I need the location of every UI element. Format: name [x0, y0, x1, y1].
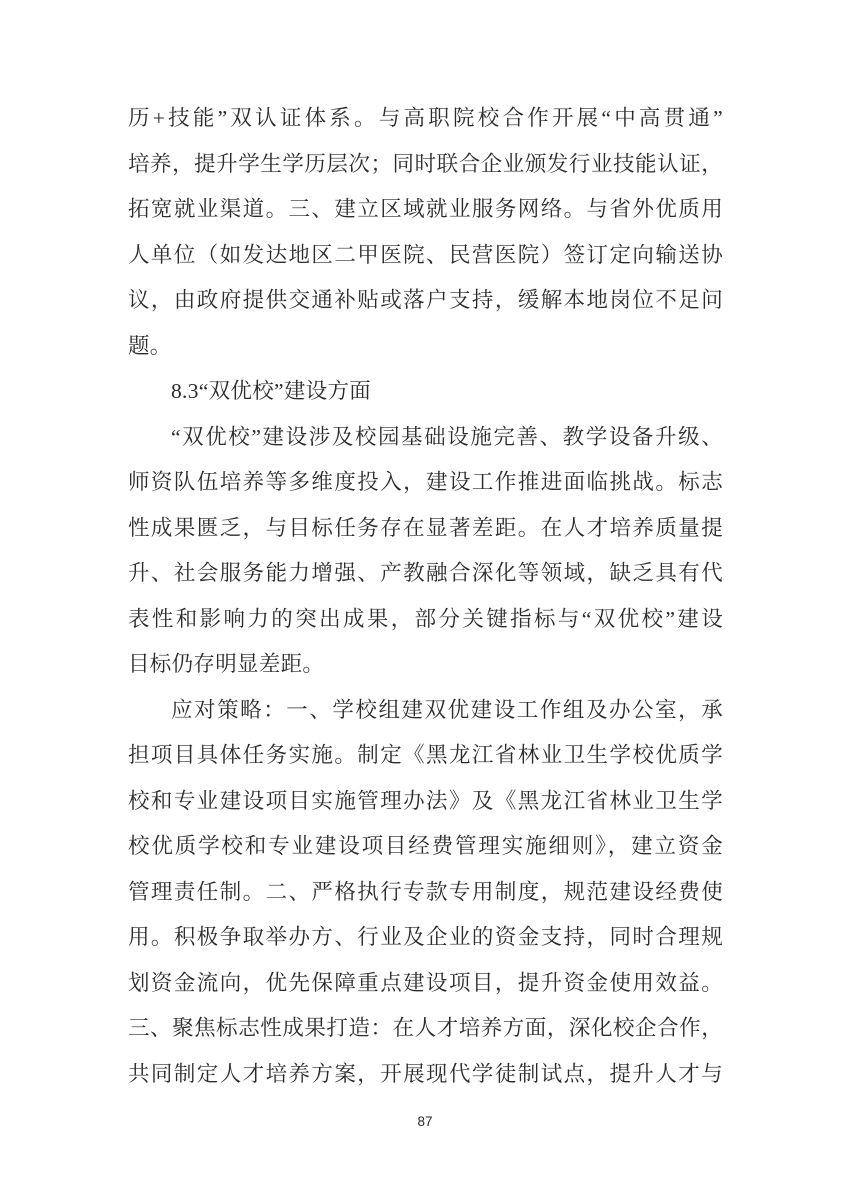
text-line: “双优校”建设涉及校园基础设施完善、教学设备升级、 [128, 415, 723, 461]
page-number: 87 [0, 1114, 850, 1129]
text-line: 用。积极争取举办方、行业及企业的资金支持，同时合理规 [128, 915, 723, 961]
text-line: 校优质学校和专业建设项目经费管理实施细则》，建立资金 [128, 824, 723, 870]
text-line: 校和专业建设项目实施管理办法》及《黑龙江省林业卫生学 [128, 779, 723, 825]
text-line: 题。 [128, 324, 723, 370]
text-line: 管理责任制。二、严格执行专款专用制度，规范建设经费使 [128, 870, 723, 916]
text-line: 议，由政府提供交通补贴或落户支持，缓解本地岗位不足问 [128, 278, 723, 324]
text-line: 师资队伍培养等多维度投入，建设工作推进面临挑战。标志 [128, 460, 723, 506]
document-body: 历+技能”双认证体系。与高职院校合作开展“中高贯通” 培养，提升学生学历层次；同… [128, 96, 723, 1097]
text-line: 目标仍存明显差距。 [128, 642, 723, 688]
text-line: 应对策略：一、学校组建双优建设工作组及办公室，承 [128, 688, 723, 734]
text-line: 拓宽就业渠道。三、建立区域就业服务网络。与省外优质用 [128, 187, 723, 233]
text-line: 表性和影响力的突出成果，部分关键指标与“双优校”建设 [128, 597, 723, 643]
text-line: 共同制定人才培养方案，开展现代学徒制试点，提升人才与 [128, 1052, 723, 1098]
section-heading: 8.3“双优校”建设方面 [128, 369, 723, 415]
text-line: 历+技能”双认证体系。与高职院校合作开展“中高贯通” [128, 96, 723, 142]
text-line: 培养，提升学生学历层次；同时联合企业颁发行业技能认证， [128, 142, 723, 188]
text-line: 担项目具体任务实施。制定《黑龙江省林业卫生学校优质学 [128, 733, 723, 779]
text-line: 三、聚焦标志性成果打造：在人才培养方面，深化校企合作， [128, 1006, 723, 1052]
text-line: 性成果匮乏，与目标任务存在显著差距。在人才培养质量提 [128, 506, 723, 552]
text-line: 升、社会服务能力增强、产教融合深化等领域，缺乏具有代 [128, 551, 723, 597]
text-line: 人单位（如发达地区二甲医院、民营医院）签订定向输送协 [128, 233, 723, 279]
text-line: 划资金流向，优先保障重点建设项目，提升资金使用效益。 [128, 961, 723, 1007]
document-page: 历+技能”双认证体系。与高职院校合作开展“中高贯通” 培养，提升学生学历层次；同… [0, 0, 850, 1202]
